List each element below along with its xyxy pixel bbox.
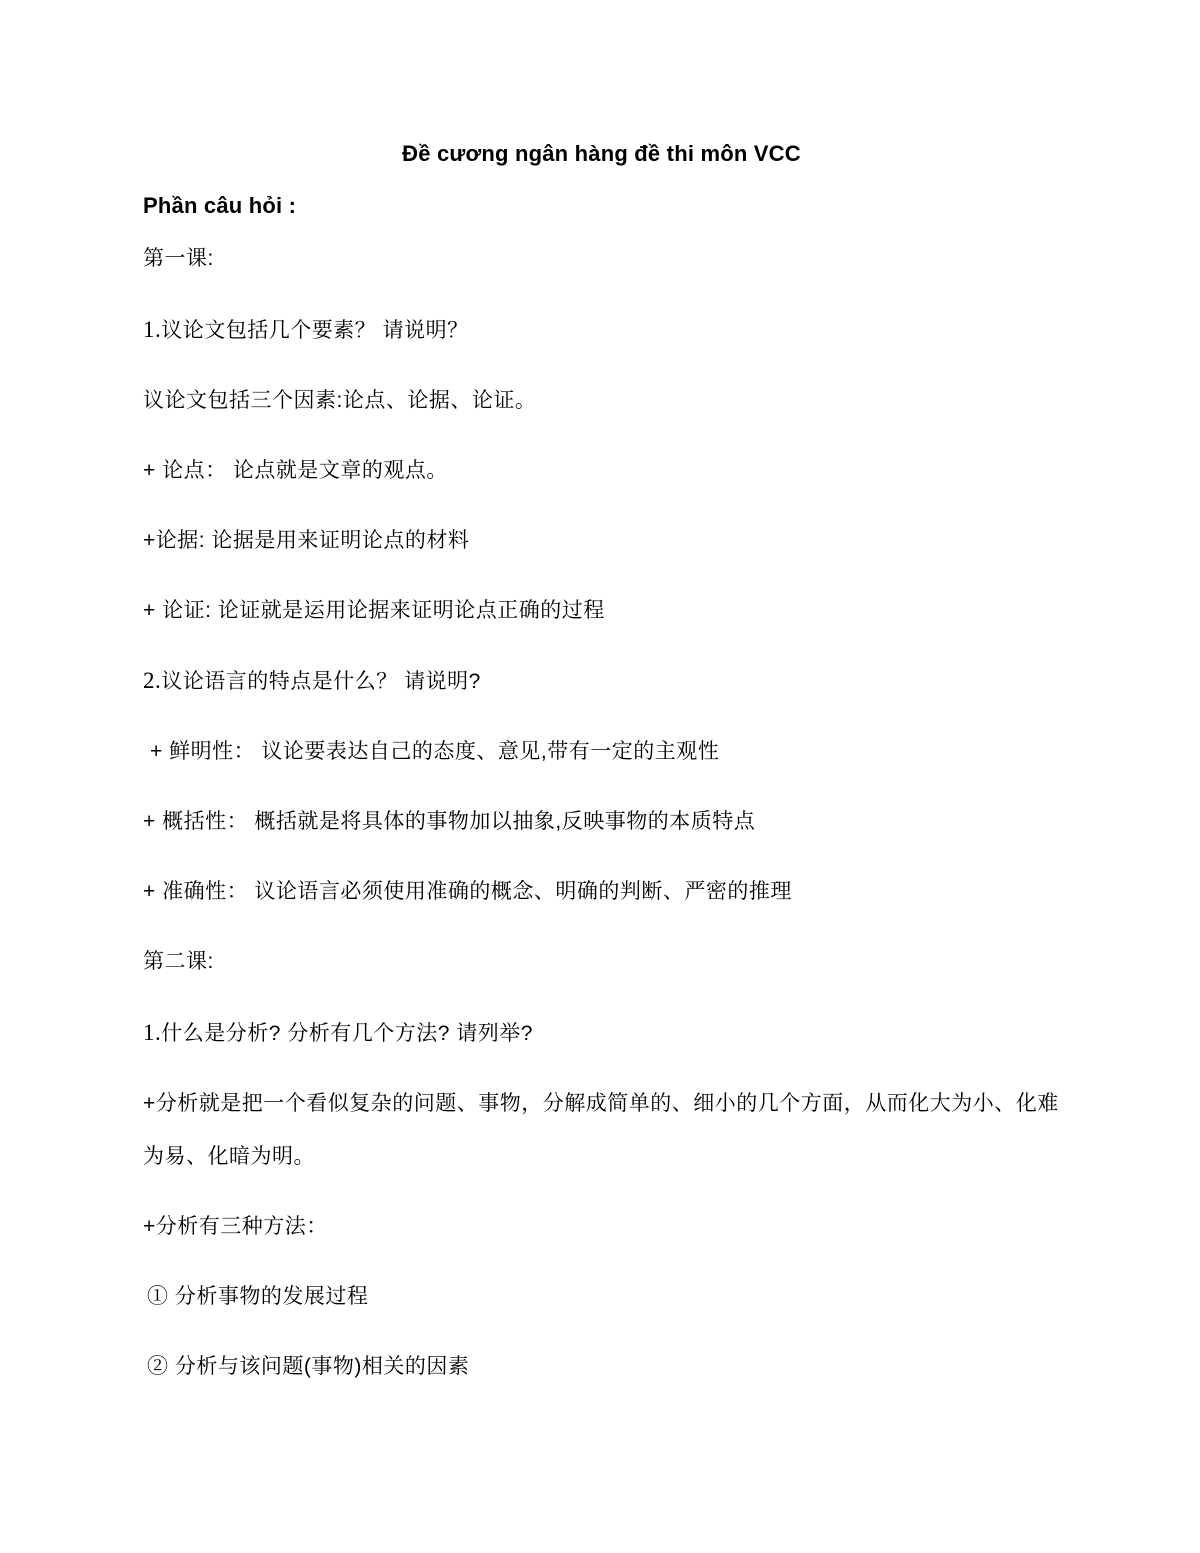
document-page: Đề cương ngân hàng đề thi môn VCC Phần c… xyxy=(0,0,1200,1553)
question-number: 2. xyxy=(143,668,161,693)
lesson-2-question-1: 1.什么是分析? 分析有几个方法? 请列举? xyxy=(143,1006,1060,1060)
lesson-1-answer-1-intro: 议论文包括三个因素:论点、论据、论证。 xyxy=(143,374,1060,427)
question-text: 议论文包括几个要素？ 请说明？ xyxy=(161,319,468,342)
lesson-1-answer-2-point-3: + 准确性： 议论语言必须使用准确的概念、明确的判断、严密的推理 xyxy=(143,865,1060,918)
lesson-1-answer-2-point-2: + 概括性： 概括就是将具体的事物加以抽象,反映事物的本质特点 xyxy=(143,795,1060,848)
lesson-1-heading: 第一课: xyxy=(143,232,1060,285)
question-text: 什么是分析? 分析有几个方法? 请列举? xyxy=(161,1022,533,1045)
lesson-1-answer-1-point-1: + 论点： 论点就是文章的观点。 xyxy=(143,444,1060,497)
lesson-2-answer-1-methods-label: +分析有三种方法： xyxy=(143,1200,1060,1253)
lesson-1-answer-1-point-3: + 论证: 论证就是运用论据来证明论点正确的过程 xyxy=(143,584,1060,637)
question-number: 1. xyxy=(143,1020,161,1045)
lesson-1-question-1: 1.议论文包括几个要素？ 请说明？ xyxy=(143,303,1060,357)
lesson-2-heading: 第二课: xyxy=(143,935,1060,988)
question-text: 议论语言的特点是什么？ 请说明? xyxy=(161,670,481,693)
lesson-1-question-2: 2.议论语言的特点是什么？ 请说明? xyxy=(143,654,1060,708)
question-number: 1. xyxy=(143,317,161,342)
lesson-2-answer-1-method-2: ② 分析与该问题(事物)相关的因素 xyxy=(143,1340,1060,1393)
document-title: Đề cương ngân hàng đề thi môn VCC xyxy=(143,127,1060,180)
lesson-2-answer-1-definition: +分析就是把一个看似复杂的问题、事物，分解成简单的、细小的几个方面，从而化大为小… xyxy=(143,1077,1060,1183)
lesson-1-answer-2-point-1: + 鲜明性： 议论要表达自己的态度、意见,带有一定的主观性 xyxy=(143,725,1060,778)
lesson-2-answer-1-method-1: ① 分析事物的发展过程 xyxy=(143,1270,1060,1323)
lesson-1-answer-1-point-2: +论据: 论据是用来证明论点的材料 xyxy=(143,514,1060,567)
section-label: Phần câu hỏi : xyxy=(143,180,1060,232)
